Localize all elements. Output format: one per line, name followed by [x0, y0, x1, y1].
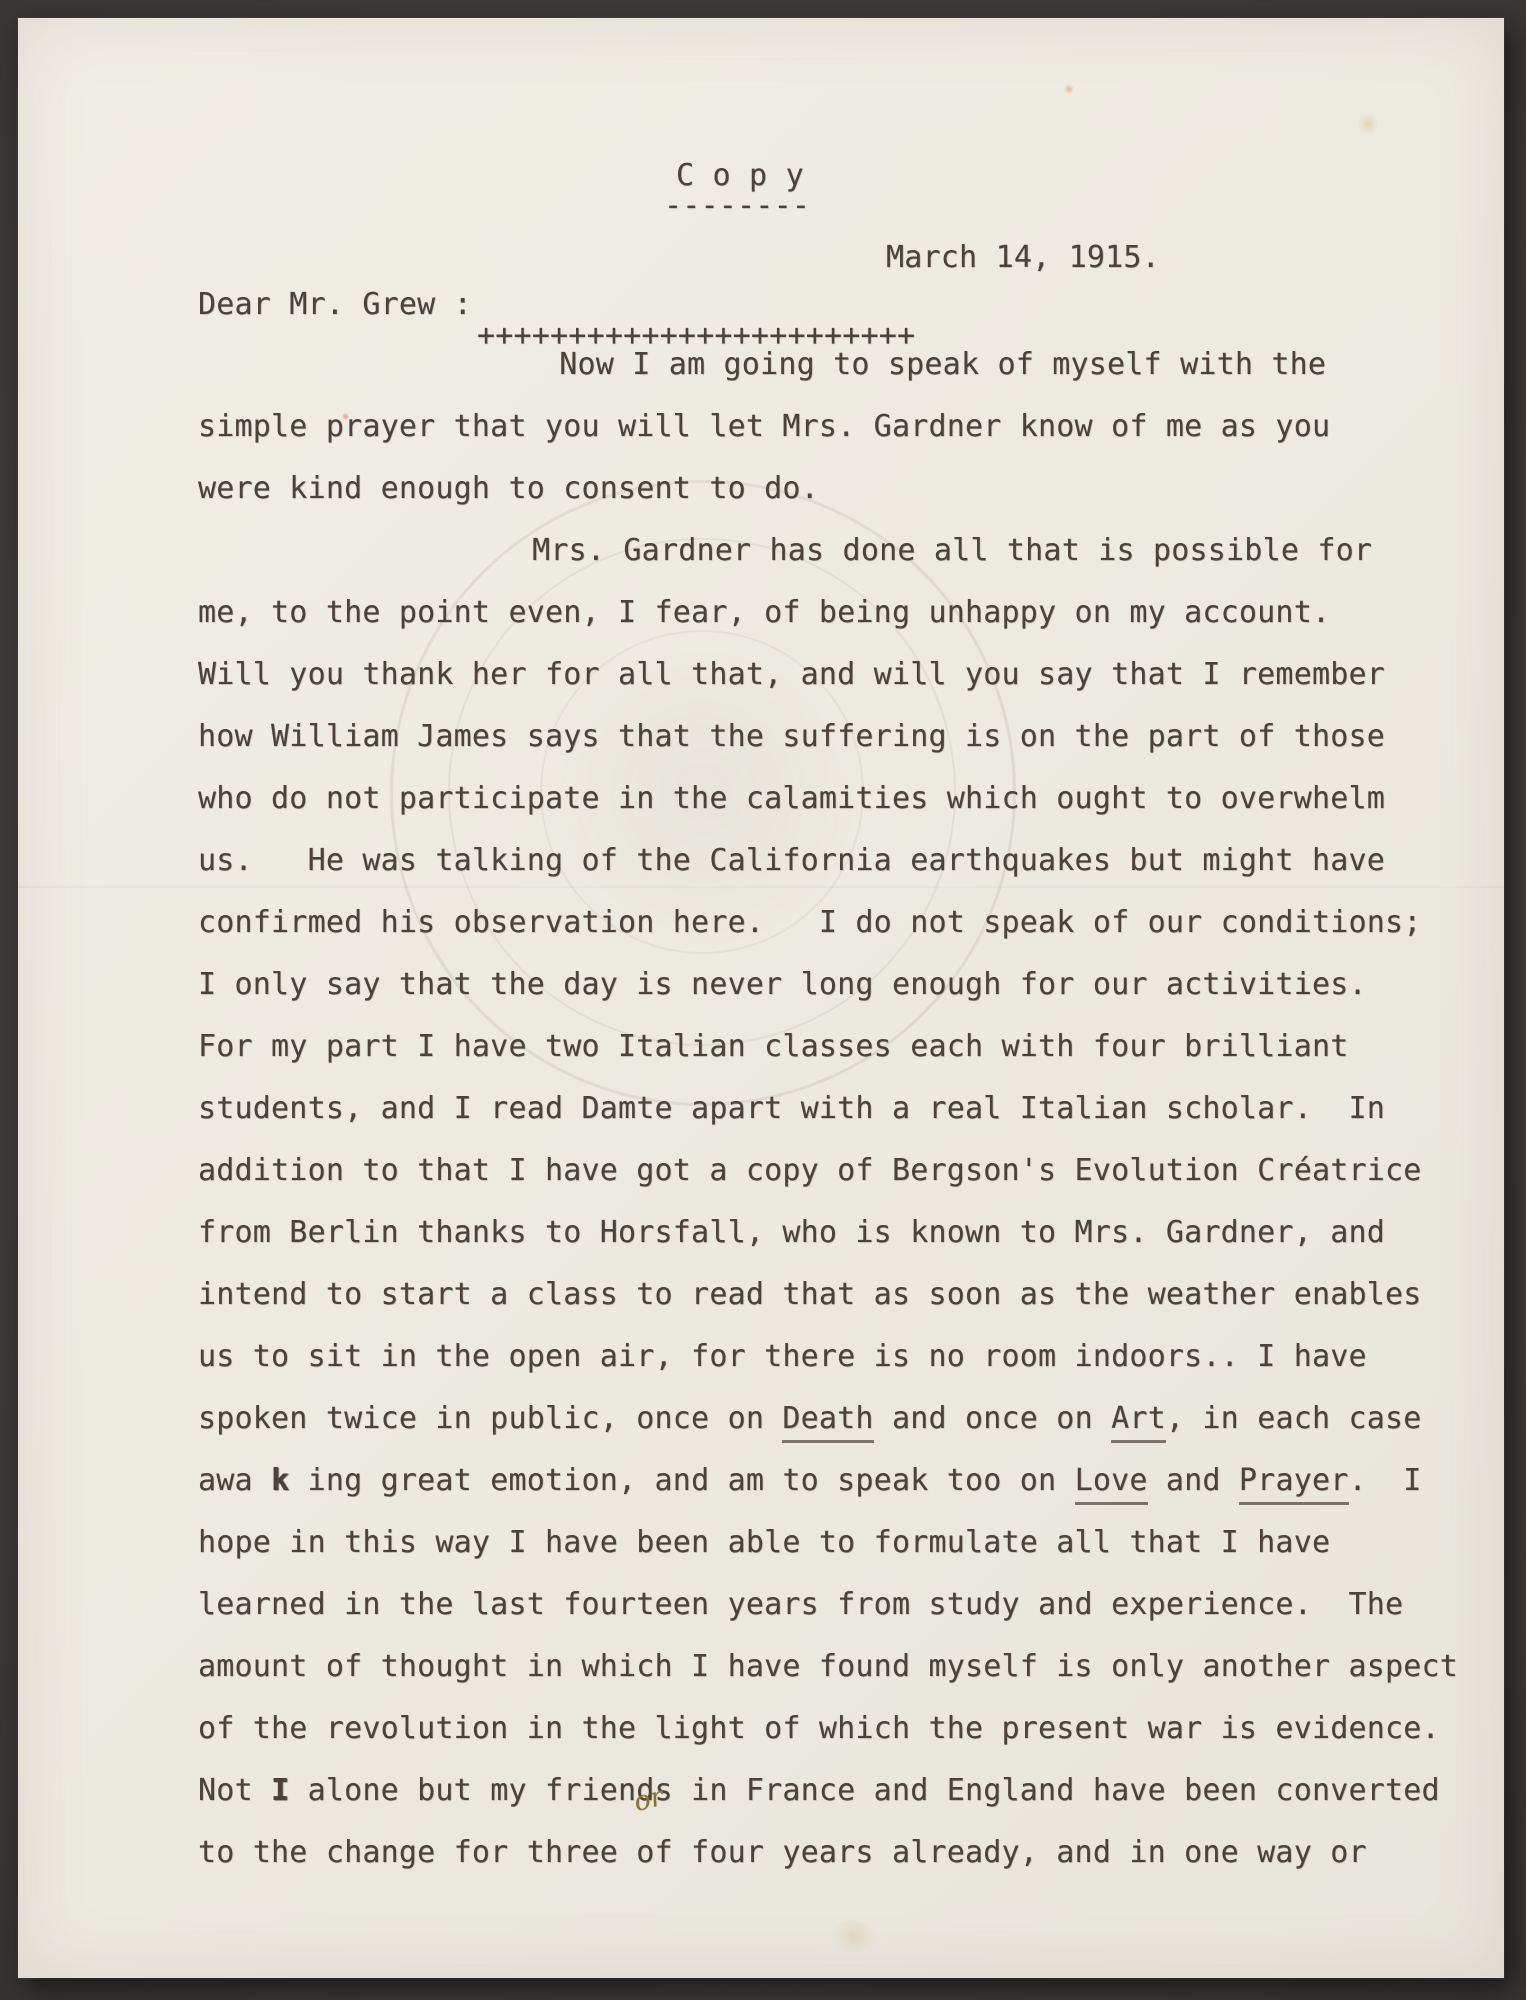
letter-line: amount of thought in which I have found … [198, 1650, 1458, 1712]
letter-body: Now I am going to speak of myself with t… [198, 348, 1458, 1898]
salutation: Dear Mr. Grew : [198, 287, 472, 322]
line-text: of the revolution in the light of which … [198, 1711, 1440, 1746]
letter-line: hope in this way I have been able to for… [198, 1526, 1458, 1588]
underlined-word: Death [782, 1401, 873, 1443]
line-text: addition to that I have got a copy of Be… [198, 1153, 1422, 1188]
letter-line: intend to start a class to read that as … [198, 1278, 1458, 1340]
overstruck-character: k [271, 1463, 289, 1498]
letter-line: confirmed his observation here. I do not… [198, 906, 1458, 968]
letter-line: of the revolution in the light of which … [198, 1712, 1458, 1774]
letter-line: from Berlin thanks to Horsfall, who is k… [198, 1216, 1458, 1278]
line-text: For my part I have two Italian classes e… [198, 1029, 1348, 1064]
line-text: Will you thank her for all that, and wil… [198, 657, 1385, 692]
letter-line: spoken twice in public, once on Death an… [198, 1402, 1458, 1464]
line-text: Not [198, 1773, 271, 1808]
line-text: us. He was talking of the California ear… [198, 843, 1385, 878]
line-text: were kind enough to consent to do. [198, 471, 819, 506]
line-text: Now I am going to speak of myself with t… [559, 347, 1326, 382]
letter-line: me, to the point even, I fear, of being … [198, 596, 1458, 658]
underlined-word: Art [1111, 1401, 1166, 1443]
letter-line: simple prayer that you will let Mrs. Gar… [198, 410, 1458, 472]
copy-heading-underline: -------- [664, 188, 810, 223]
letter-line: us. He was talking of the California ear… [198, 844, 1458, 906]
paper-stain [1064, 84, 1074, 94]
line-text: spoken twice in public, once on [198, 1401, 782, 1436]
underlined-word: Love [1075, 1463, 1148, 1505]
line-text: to the change for three of four years al… [198, 1835, 1367, 1870]
line-text: me, to the point even, I fear, of being … [198, 595, 1330, 630]
line-text: awa [198, 1463, 271, 1498]
line-text: and once on [874, 1401, 1111, 1436]
line-text: intend to start a class to read that as … [198, 1277, 1422, 1312]
letter-page: C o p y -------- March 14, 1915. Dear Mr… [18, 18, 1504, 1978]
letter-line: I only say that the day is never long en… [198, 968, 1458, 1030]
line-text: , in each case [1166, 1401, 1422, 1436]
line-text: I only say that the day is never long en… [198, 967, 1367, 1002]
line-text: and [1148, 1463, 1239, 1498]
line-text: learned in the last fourteen years from … [198, 1587, 1403, 1622]
line-text: ing great emotion, and am to speak too o… [289, 1463, 1074, 1498]
line-text: Mrs. Gardner has done all that is possib… [532, 533, 1372, 568]
letter-line: learned in the last fourteen years from … [198, 1588, 1458, 1650]
letter-line: Now I am going to speak of myself with t… [198, 348, 1458, 410]
line-text: . I [1349, 1463, 1422, 1498]
letter-line: who do not participate in the calamities… [198, 782, 1458, 844]
letter-line: addition to that I have got a copy of Be… [198, 1154, 1458, 1216]
letter-line: awa k ing great emotion, and am to speak… [198, 1464, 1458, 1526]
overstruck-character: I [271, 1773, 289, 1808]
date-line: March 14, 1915. [886, 240, 1160, 275]
line-text: alone but my friends in France and Engla… [289, 1773, 1439, 1808]
line-text: confirmed his observation here. I do not… [198, 905, 1422, 940]
letter-line: to the change for three of four years al… [198, 1836, 1458, 1898]
line-text: hope in this way I have been able to for… [198, 1525, 1330, 1560]
letter-line: were kind enough to consent to do. [198, 472, 1458, 534]
letter-line: us to sit in the open air, for there is … [198, 1340, 1458, 1402]
letter-line: students, and I read Damte apart with a … [198, 1092, 1458, 1154]
paper-stain [830, 1920, 878, 1952]
underlined-word: Prayer [1239, 1463, 1349, 1505]
line-text: who do not participate in the calamities… [198, 781, 1385, 816]
scan-background: C o p y -------- March 14, 1915. Dear Mr… [0, 0, 1526, 2000]
letter-line: For my part I have two Italian classes e… [198, 1030, 1458, 1092]
line-text: from Berlin thanks to Horsfall, who is k… [198, 1215, 1385, 1250]
paper-stain [1358, 112, 1378, 136]
letter-line: Mrs. Gardner has done all that is possib… [198, 534, 1458, 596]
line-text: us to sit in the open air, for there is … [198, 1339, 1367, 1374]
line-text: simple prayer that you will let Mrs. Gar… [198, 409, 1330, 444]
letter-line: Will you thank her for all that, and wil… [198, 658, 1458, 720]
line-text: amount of thought in which I have found … [198, 1649, 1458, 1684]
letter-line: how William James says that the sufferin… [198, 720, 1458, 782]
letter-line: Not I alone but my friends in France and… [198, 1774, 1458, 1836]
line-text: students, and I read Damte apart with a … [198, 1091, 1385, 1126]
line-text: how William James says that the sufferin… [198, 719, 1385, 754]
